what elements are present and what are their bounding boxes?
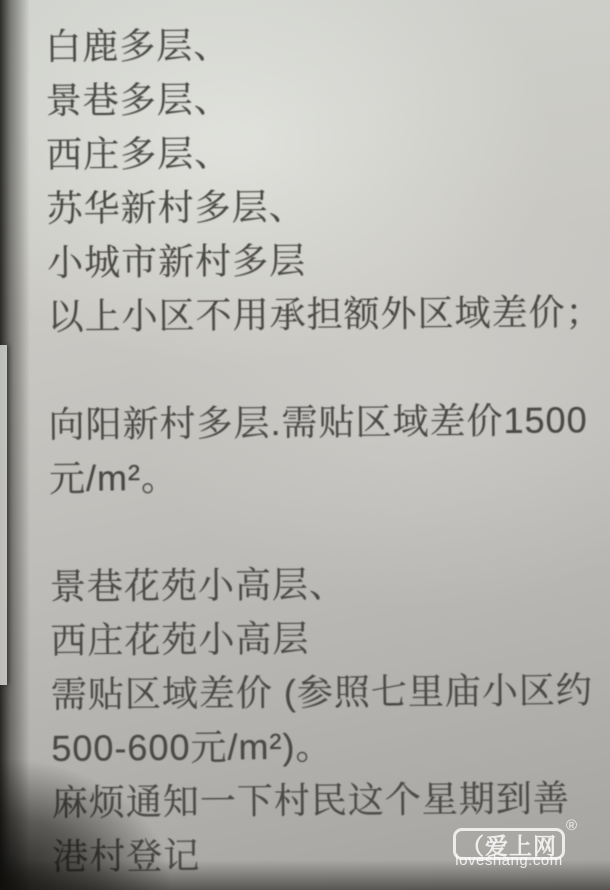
notice-text: 白鹿多层、景巷多层、西庄多层、苏华新村多层、小城市新村多层以上小区不用承担额外区… <box>45 15 610 884</box>
text-line <box>48 339 610 398</box>
text-line: 西庄花苑小高层 <box>50 609 610 668</box>
registered-trademark-icon: ® <box>566 818 577 833</box>
text-line: 需贴区域差价 (参照七里庙小区约 <box>51 663 610 722</box>
text-line: 向阳新村多层.需贴区域差价1500 <box>48 393 610 452</box>
text-line <box>49 501 610 560</box>
text-line: 元/m²。 <box>49 447 610 506</box>
text-line: 以上小区不用承担额外区域差价； <box>47 285 610 344</box>
text-line: 西庄多层、 <box>46 123 610 182</box>
text-line: 苏华新村多层、 <box>46 177 610 236</box>
text-line: 小城市新村多层 <box>47 231 610 290</box>
text-line: 景巷多层、 <box>45 69 610 128</box>
watermark-site-url: loveshang.com <box>453 852 565 869</box>
text-line: 白鹿多层、 <box>45 15 610 74</box>
text-line: 景巷花苑小高层、 <box>50 555 610 614</box>
photo-edge-left-highlight <box>0 345 7 685</box>
